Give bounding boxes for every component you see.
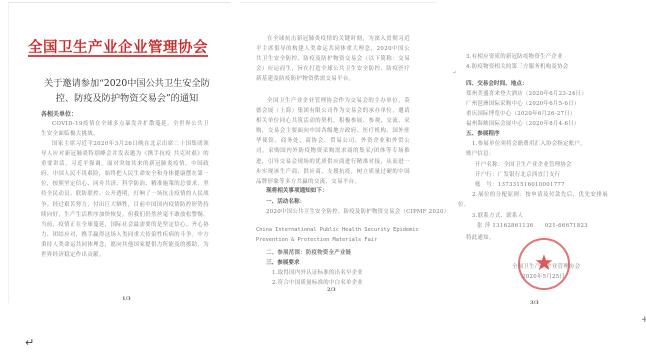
signature-organization: 全国卫生产业企业管理协会 [512,262,580,270]
step-3: 3.联系方式、联系人 [472,211,523,219]
closing-text: 特此通知。 [466,233,494,241]
paragraph-covid: COVID-19疫情在全球多点暴发并扩散蔓延，全世界公共卫生安全面临极大挑战。 [41,119,209,139]
paragraph-mark-icon: ↵ [452,70,456,76]
requirement-4: 4.防疫物资相关的第三方服务机构及协会 [466,62,568,70]
event-name-en-line-1: China International Public Health Securi… [256,227,419,233]
venue-guangzhou: 广州琶洲国际采购中心（2020年6月5-6日） [466,99,580,107]
cross-cursor-icon: + [641,315,646,325]
section-2-scope: 二、参展范围：防疫物资全产业链 [266,248,351,256]
notice-title-line-1: 关于邀请参加“2020中国公共卫生安全防 [42,76,212,91]
step-2: 2.展位的分配原则：按申请及付款先后，优先安排展位。 [458,190,608,210]
requirement-3: 3.有相应资质的新冠防疫物资生产企业 [466,52,563,60]
notice-title: 关于邀请参加“2020中国公共卫生安全防 控、防疫及防护物资交易会”的通知 [42,76,212,106]
section-1-heading: 一、活动名称： [266,197,305,205]
page-number-3: 3/3 [530,300,539,306]
section-4-heading: 四、交易会时间、地点： [466,79,528,87]
intro-heading: 现将相关事项通知如下： [266,186,328,194]
signature-date: 2020年5月25日 [522,272,565,280]
account-number: 账 号：137331516010001777 [475,180,565,188]
account-name: 开户名称：全国卫生产业企业管理协会 [475,160,572,168]
salutation: 各相关单位： [41,109,77,118]
account-label: 账户信息： [466,149,494,157]
event-name-en-line-2: Prevention & Protection Materials Fair [256,237,377,243]
step-1: 1.参展单位须将会籍费用汇入协会指定账户， [472,139,586,147]
requirement-1: 1.取得国内外认证标准的出名早企业 [272,268,363,276]
event-name-cn: 2020中国公共卫生安全防控、防疫及防护物资交易会（CIPMF 2020） [266,207,449,215]
red-divider-line [28,55,208,57]
page-number-1: 1/3 [122,296,131,302]
venue-chongqing: 重庆国际博览中心（2020年6月26-27日） [466,109,576,117]
organization-header: 全国卫生产业企业管理协会 [28,36,208,57]
paragraph-speech: 国家主席习近平2020年3月26日晚在北京出席二十国集团领导人应对新冠肺炎特别峰… [41,139,209,260]
notice-title-line-2: 控、防疫及防护物资交易会”的通知 [42,91,212,106]
requirement-2: 2.符合中国质量标准的中白名单企业 [272,278,363,286]
section-3-heading: 三、参展要求 [266,258,300,266]
venue-fuzhou: 福州海峡国际会展中心（2020年8月4-6日） [466,119,580,127]
account-bank: 开户行：广发银行北京西直门支行 [475,170,560,178]
contact-info: 张 萍 13162861136 021-66671823 [477,221,588,229]
return-mark-icon: ↵ [25,336,34,349]
section-5-heading: 五、参展程序 [466,129,500,137]
venue-zhengzhou: 郑州美盛喜来登大酒店（2020年6月23-24日） [466,89,587,97]
paragraph-organizers: 全国卫生产业企业管理协会作为交易会的主办单位，莫德会展（上海）集团有限公司作为交… [256,96,410,187]
page-number-2: 2/3 [327,287,336,293]
paragraph-background: 在全球抗击新冠肺炎疫情的关键时刻，为深入贯彻习近平主席倡导的构建人类命运共同体重… [256,34,410,84]
